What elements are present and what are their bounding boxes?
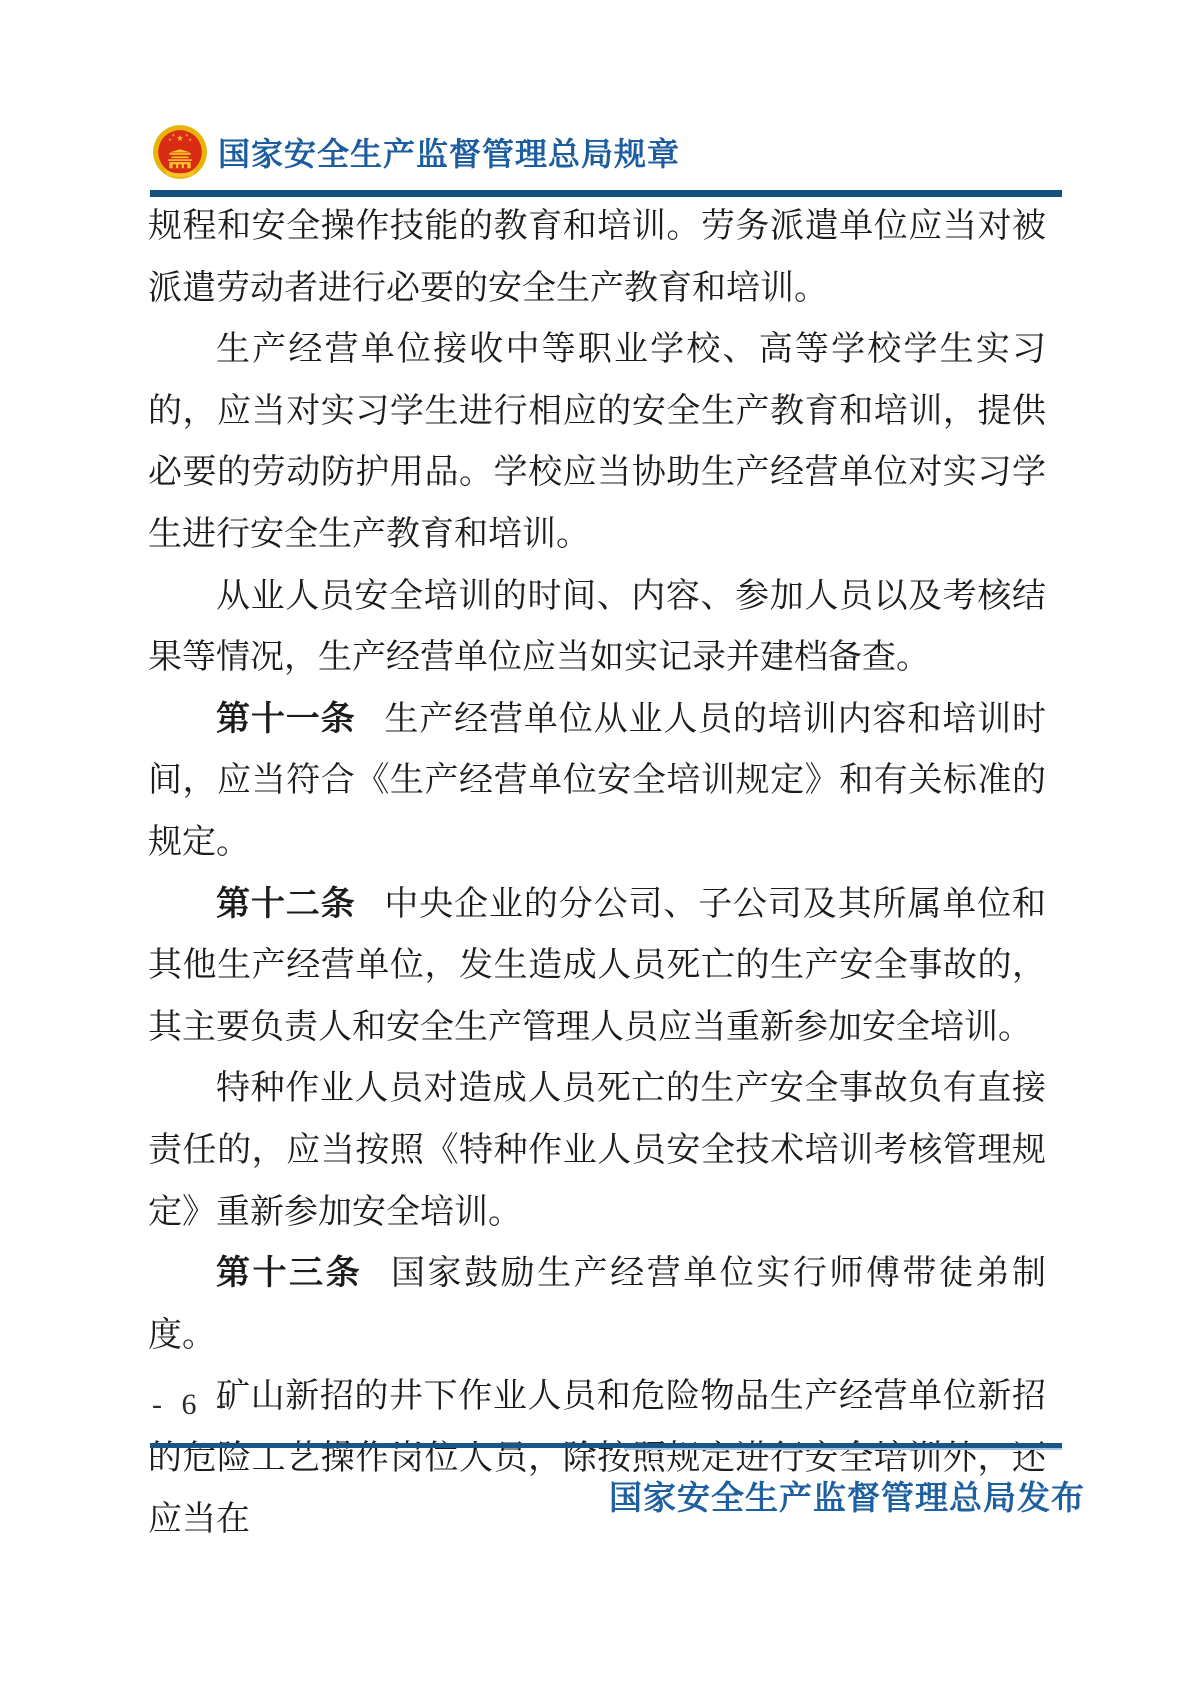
paragraph: 规程和安全操作技能的教育和培训。劳务派遣单位应当对被派遣劳动者进行必要的安全生产… <box>148 196 1046 319</box>
paragraph: 从业人员安全培训的时间、内容、参加人员以及考核结果等情况，生产经营单位应当如实记… <box>148 566 1046 689</box>
document-page: ★ ★ ★ ★ ★ 国家安全生产监督管理总局规章 规程和安全操作技能的教育和培训… <box>0 0 1190 1683</box>
paragraph-text: 从业人员安全培训的时间、内容、参加人员以及考核结果等情况，生产经营单位应当如实记… <box>148 578 1046 677</box>
paragraph-text: 特种作业人员对造成人员死亡的生产安全事故负有直接责任的，应当按照《特种作业人员安… <box>148 1070 1046 1230</box>
article-number: 第十二条 <box>216 885 355 923</box>
page-number: - 6 - <box>152 1388 232 1422</box>
document-body: 规程和安全操作技能的教育和培训。劳务派遣单位应当对被派遣劳动者进行必要的安全生产… <box>148 196 1046 1551</box>
document-title: 国家安全生产监督管理总局规章 <box>218 129 680 175</box>
footer-divider-light-segment <box>624 1448 1062 1450</box>
paragraph: 特种作业人员对造成人员死亡的生产安全事故负有直接责任的，应当按照《特种作业人员安… <box>148 1058 1046 1243</box>
paragraph-article-13: 第十三条国家鼓励生产经营单位实行师傅带徒弟制度。 <box>148 1243 1046 1366</box>
document-header: ★ ★ ★ ★ ★ 国家安全生产监督管理总局规章 <box>152 122 680 182</box>
svg-text:★: ★ <box>176 134 184 143</box>
svg-text:★: ★ <box>185 133 189 137</box>
paragraph-article-11: 第十一条生产经营单位从业人员的培训内容和培训时间，应当符合《生产经营单位安全培训… <box>148 689 1046 874</box>
article-number: 第十一条 <box>216 700 355 738</box>
paragraph-article-12: 第十二条中央企业的分公司、子公司及其所属单位和其他生产经营单位，发生造成人员死亡… <box>148 874 1046 1059</box>
china-national-emblem-icon: ★ ★ ★ ★ ★ <box>152 123 208 181</box>
paragraph-text: 规程和安全操作技能的教育和培训。劳务派遣单位应当对被派遣劳动者进行必要的安全生产… <box>148 208 1046 307</box>
paragraph: 生产经营单位接收中等职业学校、高等学校学生实习的，应当对实习学生进行相应的安全生… <box>148 319 1046 565</box>
svg-text:★: ★ <box>188 138 192 142</box>
paragraph-text: 生产经营单位接收中等职业学校、高等学校学生实习的，应当对实习学生进行相应的安全生… <box>148 331 1046 553</box>
paragraph: 矿山新招的井下作业人员和危险物品生产经营单位新招的危险工艺操作岗位人员，除按照规… <box>148 1366 1046 1551</box>
svg-text:★: ★ <box>172 133 176 137</box>
publisher-label: 国家安全生产监督管理总局发布 <box>609 1472 1085 1519</box>
article-number: 第十三条 <box>216 1254 362 1292</box>
footer-divider <box>150 1443 1062 1448</box>
svg-text:★: ★ <box>168 138 172 142</box>
